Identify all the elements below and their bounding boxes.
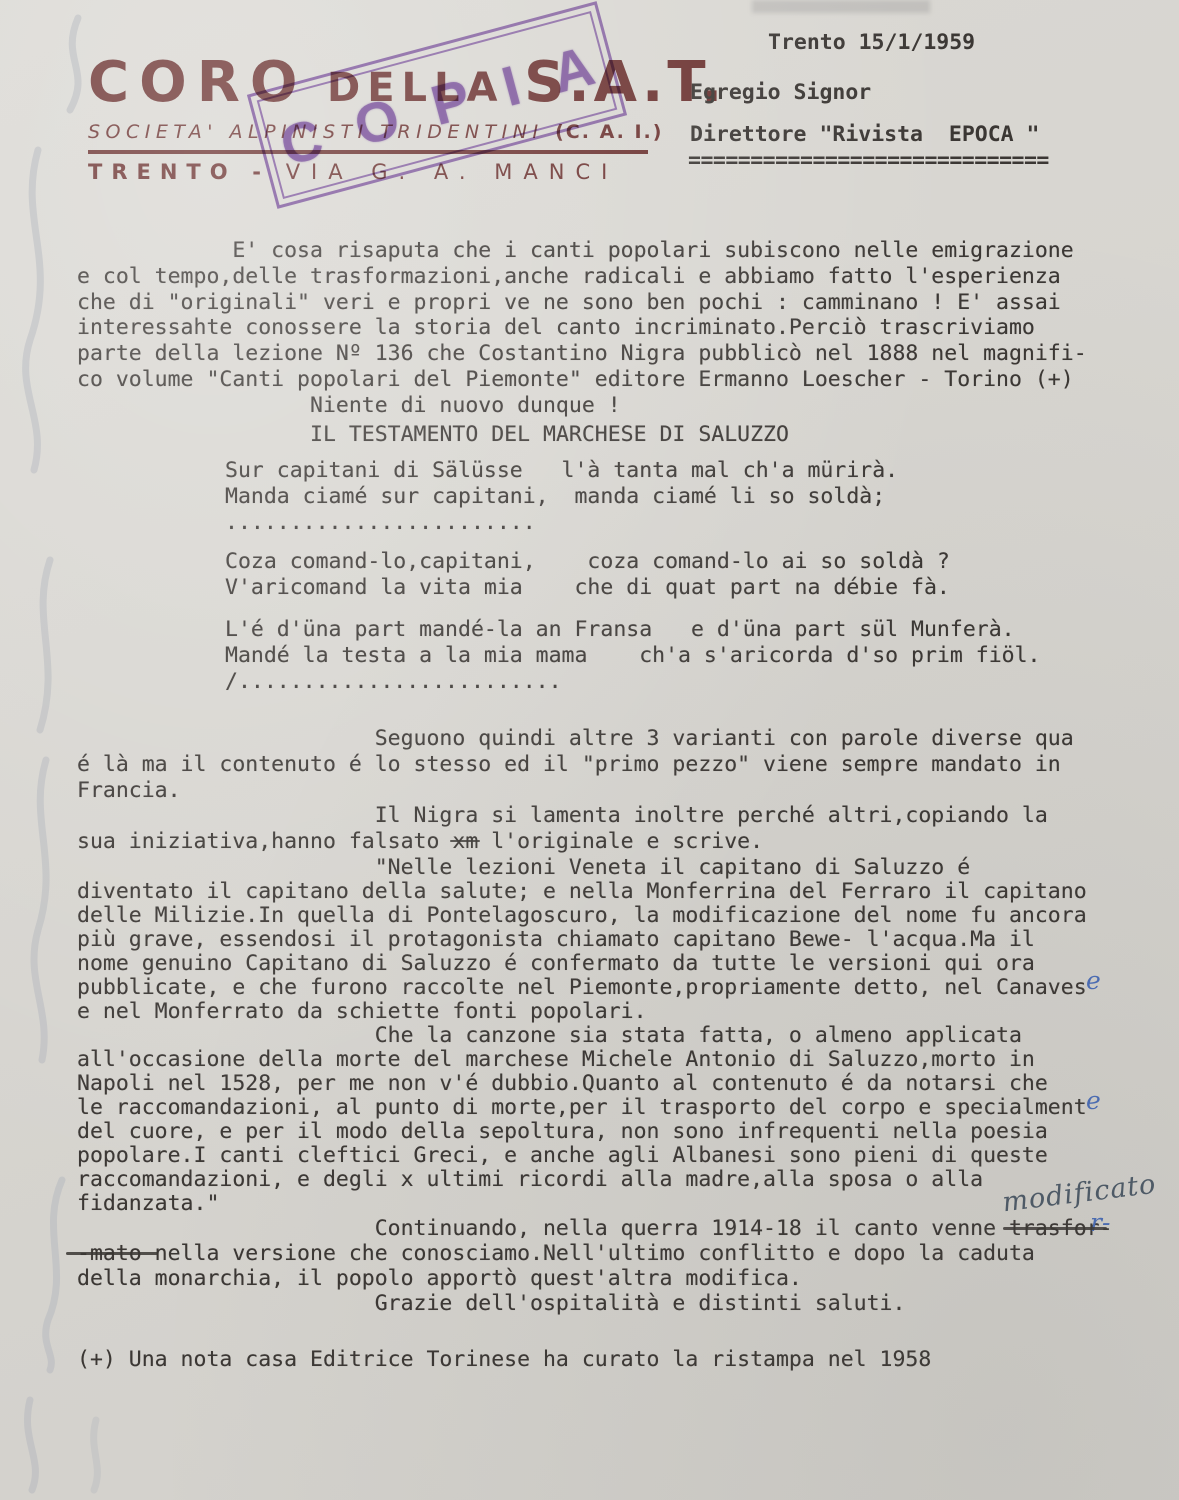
typed-line: V'aricomand la vita mia che di quat part… <box>225 575 950 601</box>
paragraph-quote-lezioni: "Nelle lezioni Veneta il capitano di Sal… <box>77 856 1087 1024</box>
paragraph-varianti: Seguono quindi altre 3 varianti con paro… <box>77 726 1074 803</box>
verse-3: L'é d'üna part mandé-la an Fransa e d'ün… <box>225 617 1040 694</box>
paragraph-continuando: Continuando, nella querra 1914-18 il can… <box>77 1216 1113 1291</box>
paragraph-intro: E' cosa risaputa che i canti popolari su… <box>77 238 1087 419</box>
verse-2: Coza comand-lo,capitani, coza comand-lo … <box>225 549 950 601</box>
handwritten-e-canavese: e <box>1086 966 1101 995</box>
scan-smudge <box>752 0 930 13</box>
typed-line: L'é d'üna part mandé-la an Fransa e d'ün… <box>225 617 1040 643</box>
typed-line: più grave, essendosi il protagonista chi… <box>77 928 1087 952</box>
dateline: Trento 15/1/1959 <box>768 30 975 55</box>
typed-line: Niente di nuovo dunque ! <box>77 393 1087 419</box>
verse-1: Sur capitani di Sälüsse l'à tanta mal ch… <box>225 458 898 535</box>
typed-line: é là ma il contenuto é lo stesso ed il "… <box>77 752 1074 778</box>
typed-line: Continuando, nella querra 1914-18 il can… <box>77 1216 1113 1241</box>
typed-line: del cuore, e per il modo della sepoltura… <box>77 1120 1087 1144</box>
typed-line: Mandé la testa a la mia mama ch'a s'aric… <box>225 643 1040 669</box>
strikethrough-mato <box>66 1252 158 1255</box>
typed-line: Il Nigra si lamenta inoltre perché altri… <box>77 803 1048 829</box>
typed-line: della monarchia, il popolo apportò quest… <box>77 1266 1113 1291</box>
typed-line: raccomandazioni, e degli x ultimi ricord… <box>77 1168 1087 1192</box>
typed-line: Seguono quindi altre 3 varianti con paro… <box>77 726 1074 752</box>
recipient-underline: ============================= <box>688 148 1049 173</box>
letter-page: CORO DELLA S.A.T. SOCIETA' ALPINISTI TRI… <box>0 0 1179 1500</box>
typed-line: Che la canzone sia stata fatta, o almeno… <box>77 1024 1087 1048</box>
typed-line: Francia. <box>77 778 1074 804</box>
strikethrough-xm <box>450 840 480 842</box>
paragraph-nigra: Il Nigra si lamenta inoltre perché altri… <box>77 803 1048 855</box>
recipient-line: Direttore "Rivista EPOCA " <box>690 122 1040 147</box>
typed-line: /......................... <box>225 669 1040 695</box>
typed-line: interessahte conossere la storia del can… <box>77 315 1087 341</box>
song-title: IL TESTAMENTO DEL MARCHESE DI SALUZZO <box>310 422 789 448</box>
strikethrough-trasfor <box>1003 1227 1107 1230</box>
typed-line: diventato il capitano della salute; e ne… <box>77 880 1087 904</box>
typed-line: pubblicate, e che furono raccolte nel Pi… <box>77 976 1087 1000</box>
typed-line: all'occasione della morte del marchese M… <box>77 1048 1087 1072</box>
typed-line: Sur capitani di Sälüsse l'à tanta mal ch… <box>225 458 898 484</box>
typed-line: sua iniziativa,hanno falsato xm l'origin… <box>77 829 1048 855</box>
typed-line: le raccomandazioni, al punto di morte,pe… <box>77 1096 1087 1120</box>
salutation: Egregio Signor <box>690 80 871 105</box>
paragraph-quote-canzone: Che la canzone sia stata fatta, o almeno… <box>77 1024 1087 1216</box>
typed-line: Coza comand-lo,capitani, coza comand-lo … <box>225 549 950 575</box>
typed-line: E' cosa risaputa che i canti popolari su… <box>77 238 1087 264</box>
closing-line: Grazie dell'ospitalità e distinti saluti… <box>77 1291 905 1317</box>
typed-line: "Nelle lezioni Veneta il capitano di Sal… <box>77 856 1087 880</box>
typed-line: nome genuino Capitano di Saluzzo é confe… <box>77 952 1087 976</box>
typed-line: popolare.I canti cleftici Greci, e anche… <box>77 1144 1087 1168</box>
footnote: (+) Una nota casa Editrice Torinese ha c… <box>77 1347 931 1373</box>
typed-line: Napoli nel 1528, per me non v'é dubbio.Q… <box>77 1072 1087 1096</box>
handwritten-e-specialmente: e <box>1086 1086 1101 1115</box>
typed-line: -mato nella versione che conosciamo.Nell… <box>77 1241 1113 1266</box>
typed-line: co volume "Canti popolari del Piemonte" … <box>77 367 1087 393</box>
typed-line: Manda ciamé sur capitani, manda ciamé li… <box>225 484 898 510</box>
handwritten-r-mark: r- <box>1090 1208 1110 1237</box>
typed-line: delle Milizie.In quella di Pontelagoscur… <box>77 904 1087 928</box>
typed-line: parte della lezione Nº 136 che Costantin… <box>77 341 1087 367</box>
typed-line: ........................ <box>225 510 898 536</box>
org-address-city: TRENTO <box>88 160 237 184</box>
typed-line: che di "originali" veri e propri ve ne s… <box>77 290 1087 316</box>
typed-line: e nel Monferrato da schiette fonti popol… <box>77 1000 1087 1024</box>
typed-line: e col tempo,delle trasformazioni,anche r… <box>77 264 1087 290</box>
typed-line: fidanzata." <box>77 1192 1087 1216</box>
